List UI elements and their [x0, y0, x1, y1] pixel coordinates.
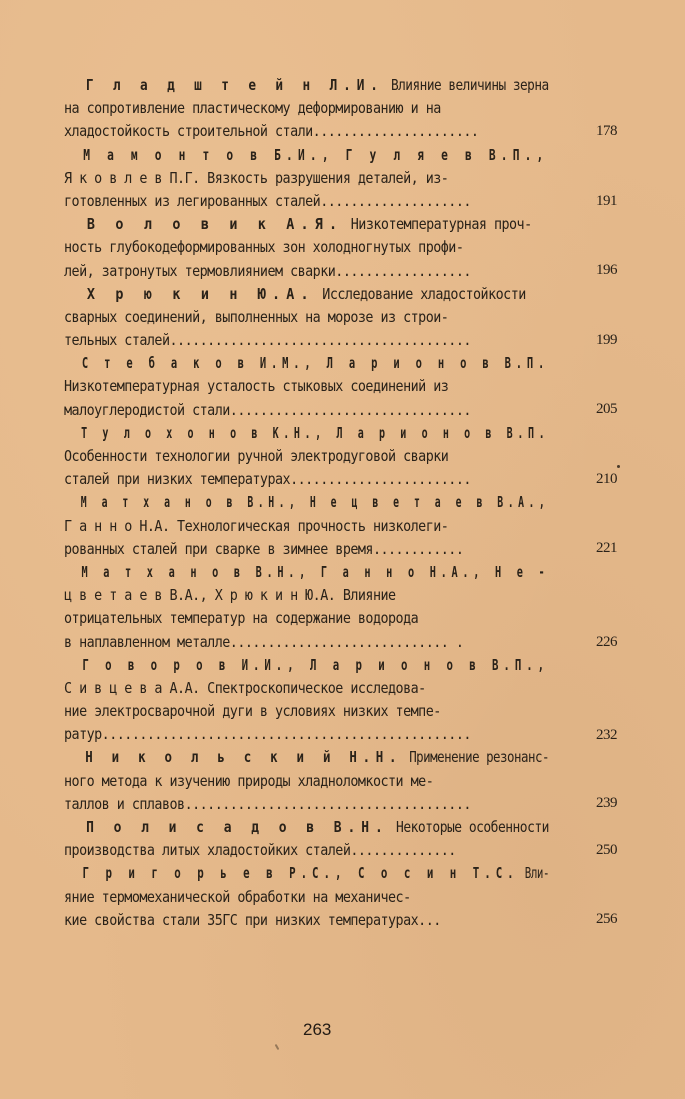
entry-title-line: на сопротивление пластическому деформиро…	[64, 97, 549, 120]
entry-authors: В о л о в и к А.Я.	[87, 215, 343, 233]
entry-authors: С т е б а к о в И.М., Л а р и о н о в В.…	[82, 354, 549, 372]
paper-speck	[275, 1044, 280, 1050]
toc-entry: Г о в о р о в И.И., Л а р и о н о в В.П.…	[64, 654, 614, 747]
entry-title-line: сталей при низких температурах..........…	[64, 468, 549, 491]
toc-entry: Г л а д ш т е й н Л.И. Влияние величины …	[64, 74, 614, 144]
entry-page-number: 178	[596, 120, 617, 143]
entry-page-number: 250	[596, 839, 617, 862]
entry-title-line: Особенности технологии ручной электродуг…	[64, 445, 549, 468]
toc-entry-first-line: Т у л о х о н о в К.Н., Л а р и о н о в …	[64, 422, 426, 445]
page-number: 263	[303, 1020, 331, 1040]
entry-authors: М а т х а н о в В.Н., Н е ц в е т а е в …	[81, 493, 550, 511]
table-of-contents: Г л а д ш т е й н Л.И. Влияние величины …	[64, 74, 614, 932]
entry-title-fragment: Низкотемпературная проч-	[351, 215, 532, 233]
entry-title-line: тельных сталей..........................…	[64, 329, 549, 352]
toc-entry: М а т х а н о в В.Н., Г а н н о Н.А., Н …	[64, 561, 614, 654]
paper-speck	[617, 465, 620, 468]
entry-title-fragment: Применение резонанс-	[409, 748, 549, 766]
entry-page-number: 221	[596, 537, 617, 560]
entry-page-number: 196	[596, 259, 617, 282]
toc-entry-first-line: М а м о н т о в Б.И., Г у л я е в В.П.,	[64, 144, 470, 167]
entry-title-line: яние термомеханической обработки на меха…	[64, 886, 549, 909]
toc-entry: Н и к о л ь с к и й Н.Н. Применение резо…	[64, 746, 614, 816]
toc-entry-first-line: Г л а д ш т е й н Л.И. Влияние величины …	[64, 74, 525, 97]
entry-authors: Т у л о х о н о в К.Н., Л а р и о н о в …	[81, 424, 549, 442]
entry-title-line: лей, затронутых термовлиянием сварки....…	[64, 260, 549, 283]
entry-title-fragment: Некоторые особенности	[396, 818, 549, 836]
entry-authors: М а м о н т о в Б.И., Г у л я е в В.П.,	[83, 146, 548, 164]
entry-title-fragment: Влияние величины зерна	[391, 76, 549, 94]
entry-title-fragment: Вли-	[525, 864, 549, 882]
toc-entry: П о л и с а д о в В.Н. Некоторые особенн…	[64, 816, 614, 862]
entry-page-number: 239	[596, 792, 617, 815]
entry-title-line: ратур...................................…	[64, 723, 549, 746]
toc-entry-first-line: Н и к о л ь с к и й Н.Н. Применение резо…	[64, 746, 514, 769]
toc-entry-first-line: В о л о в и к А.Я. Низкотемпературная пр…	[64, 213, 549, 236]
toc-entry-first-line: С т е б а к о в И.М., Л а р и о н о в В.…	[64, 352, 443, 375]
toc-entry: Х р ю к и н Ю.А. Исследование хладостойк…	[64, 283, 614, 353]
entry-authors: П о л и с а д о в В.Н.	[86, 818, 389, 836]
entry-title-line: производства литых хладостойких сталей..…	[64, 839, 549, 862]
toc-entry-first-line: Г о в о р о в И.И., Л а р и о н о в В.П.…	[64, 654, 452, 677]
entry-title-line: малоуглеродистой стали..................…	[64, 399, 549, 422]
entry-authors: Г л а д ш т е й н Л.И.	[86, 76, 384, 94]
entry-title-line: в наплавленном металле..................…	[64, 631, 549, 654]
entry-title-line: ного метода к изучению природы хладнолом…	[64, 770, 549, 793]
entry-page-number: 191	[596, 190, 617, 213]
toc-entry: С т е б а к о в И.М., Л а р и о н о в В.…	[64, 352, 614, 422]
entry-authors: Г р и г о р ь е в Р.С., С о с и н Т.С.	[82, 864, 518, 882]
toc-entry: В о л о в и к А.Я. Низкотемпературная пр…	[64, 213, 614, 283]
toc-entry: Т у л о х о н о в К.Н., Л а р и о н о в …	[64, 422, 614, 492]
toc-entry: М а м о н т о в Б.И., Г у л я е в В.П.,Я…	[64, 144, 614, 214]
toc-entry-first-line: П о л и с а д о в В.Н. Некоторые особенн…	[64, 816, 533, 839]
toc-entry-first-line: Г р и г о р ь е в Р.С., С о с и н Т.С. В…	[64, 862, 455, 885]
entry-title-line: Г а н н о Н.А. Технологическая прочность…	[64, 515, 549, 538]
entry-title-line: кие свойства стали 35ГС при низких темпе…	[64, 909, 549, 932]
entry-title-line: сварных соединений, выполненных на мороз…	[64, 306, 549, 329]
toc-entry: М а т х а н о в В.Н., Н е ц в е т а е в …	[64, 491, 614, 561]
entry-title-line: готовленных из легированных сталей......…	[64, 190, 549, 213]
entry-title-line: ние электросварочной дуги в условиях низ…	[64, 700, 549, 723]
entry-title-fragment: Исследование хладостойкости	[322, 285, 525, 303]
entry-page-number: 210	[596, 468, 617, 491]
entry-title-line: С и в ц е в а А.А. Спектроскопическое ис…	[64, 677, 549, 700]
entry-authors: Н и к о л ь с к и й Н.Н.	[85, 748, 402, 766]
entry-page-number: 205	[596, 398, 617, 421]
entry-title-line: Я к о в л е в П.Г. Вязкость разрушения д…	[64, 167, 549, 190]
entry-page-number: 256	[596, 908, 617, 931]
entry-page-number: 199	[596, 329, 617, 352]
entry-title-line: отрицательных температур на содержание в…	[64, 607, 549, 630]
toc-entry-first-line: Х р ю к и н Ю.А. Исследование хладостойк…	[64, 283, 549, 306]
entry-title-line: рованных сталей при сварке в зимнее врем…	[64, 538, 549, 561]
entry-title-line: хладостойкость строительной стали.......…	[64, 120, 549, 143]
entry-title-line: таллов и сплавов........................…	[64, 793, 549, 816]
toc-entry: Г р и г о р ь е в Р.С., С о с и н Т.С. В…	[64, 862, 614, 932]
entry-title-line: Низкотемпературная усталость стыковых со…	[64, 375, 549, 398]
entry-page-number: 226	[596, 631, 617, 654]
entry-authors: Г о в о р о в И.И., Л а р и о н о в В.П.…	[82, 656, 549, 674]
entry-page-number: 232	[596, 724, 617, 747]
entry-authors: М а т х а н о в В.Н., Г а н н о Н.А., Н …	[82, 563, 550, 581]
toc-entry-first-line: М а т х а н о в В.Н., Н е ц в е т а е в …	[64, 491, 419, 514]
entry-title-line: ц в е т а е в В.А., Х р ю к и н Ю.А. Вли…	[64, 584, 549, 607]
toc-entry-first-line: М а т х а н о в В.Н., Г а н н о Н.А., Н …	[64, 561, 435, 584]
entry-title-line: ность глубокодеформированных зон холодно…	[64, 236, 549, 259]
entry-authors: Х р ю к и н Ю.А.	[87, 285, 315, 303]
